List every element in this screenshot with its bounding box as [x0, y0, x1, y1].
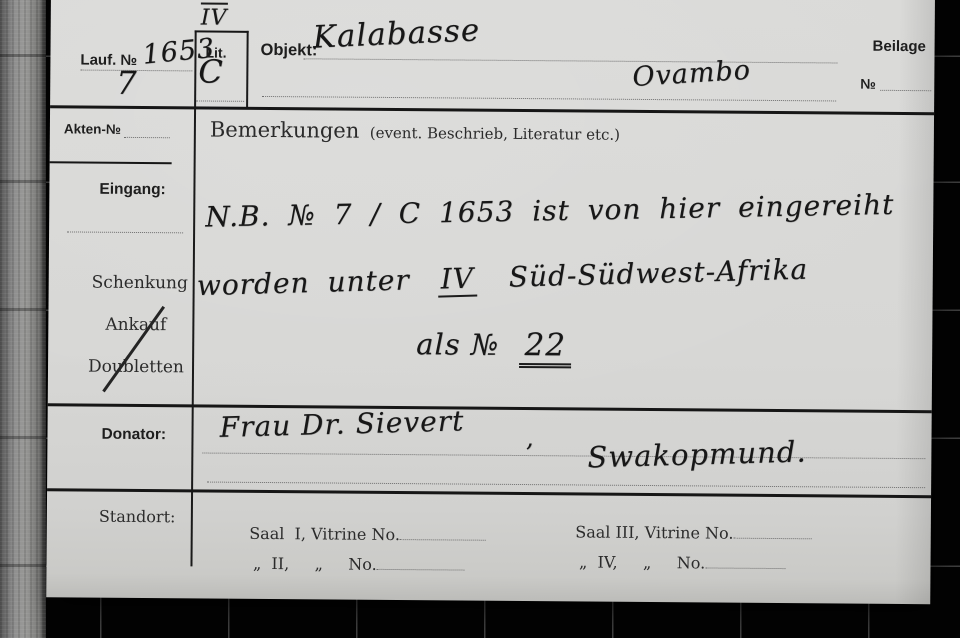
beilage-no-line: [880, 90, 931, 91]
standort-saal-4: „ IV, „ No.: [548, 533, 785, 592]
donator-rule: [48, 403, 932, 413]
lit-box-top-line: [195, 30, 249, 32]
objekt-name-value: Kalabasse: [312, 12, 481, 55]
column-divider-line: [190, 30, 196, 566]
standort-saal-2-text: „ II, „ No.: [253, 554, 377, 574]
remark-line-1: N.B. № 7 / C 1653 ist von hier eingereih…: [205, 188, 895, 234]
eingang-line: [67, 231, 183, 233]
donator-line-1: [202, 453, 925, 460]
donator-line-2: [207, 482, 925, 489]
standort-saal-4-text: „ IV, „ No.: [579, 552, 705, 572]
objekt-line-1: [303, 58, 837, 63]
beilage-no-label: №: [860, 76, 876, 92]
option-doubletten: Doubletten: [88, 357, 184, 378]
objekt-line-2: [262, 96, 836, 102]
remark-line-2-numeral: IV: [437, 262, 477, 298]
bemerkungen-subtitle: (event. Beschrieb, Literatur etc.): [370, 124, 620, 144]
header-rule: [50, 105, 934, 115]
museum-catalog-card: Lauf. № 1653 7 IV Lit. C Objekt: Kalabas…: [46, 0, 935, 604]
remark-line-2: worden unter IV Süd-Südwest-Afrika: [196, 253, 808, 303]
donator-place-mark: ’: [525, 439, 534, 467]
akten-rule: [50, 161, 172, 164]
akten-number-label: Akten-№: [64, 121, 121, 136]
objekt-origin-value: Ovambo: [632, 55, 752, 93]
standort-rule: [47, 488, 931, 498]
option-ankauf: Ankauf: [105, 315, 166, 335]
lit-mark-value: C: [198, 52, 224, 90]
option-schenkung: Schenkung: [92, 273, 188, 294]
standort-label: Standort:: [99, 507, 176, 527]
series-mark-value: IV: [201, 2, 228, 30]
donator-label: Donator:: [101, 426, 166, 445]
donator-name-value: Frau Dr. Sievert: [219, 404, 465, 444]
donator-place-value: Swakopmund.: [587, 434, 807, 474]
standort-saal-2-line: [377, 555, 465, 570]
remark-line-3-number: 22: [519, 327, 571, 368]
remark-line-3-text: als №: [416, 327, 499, 362]
remark-line-2-text: worden unter: [196, 263, 410, 302]
wall-edge-strip: [0, 0, 46, 638]
beilage-label: Beilage: [873, 38, 926, 55]
eingang-label: Eingang:: [99, 181, 165, 200]
remark-line-2-region: Süd-Südwest-Afrika: [508, 253, 808, 294]
bemerkungen-heading: Bemerkungen (event. Beschrieb, Literatur…: [210, 118, 620, 145]
lit-line: [196, 100, 244, 101]
lauf-sub-number-value: 7: [116, 64, 138, 102]
remark-line-3: als № 22: [416, 326, 571, 363]
lit-box-right-line: [246, 31, 249, 109]
bemerkungen-title: Bemerkungen: [210, 118, 360, 143]
akten-number-line: [124, 137, 170, 138]
standort-saal-4-line: [705, 554, 785, 569]
photo-scene: Lauf. № 1653 7 IV Lit. C Objekt: Kalabas…: [0, 0, 960, 638]
standort-saal-2: „ II, „ No.: [222, 535, 465, 594]
